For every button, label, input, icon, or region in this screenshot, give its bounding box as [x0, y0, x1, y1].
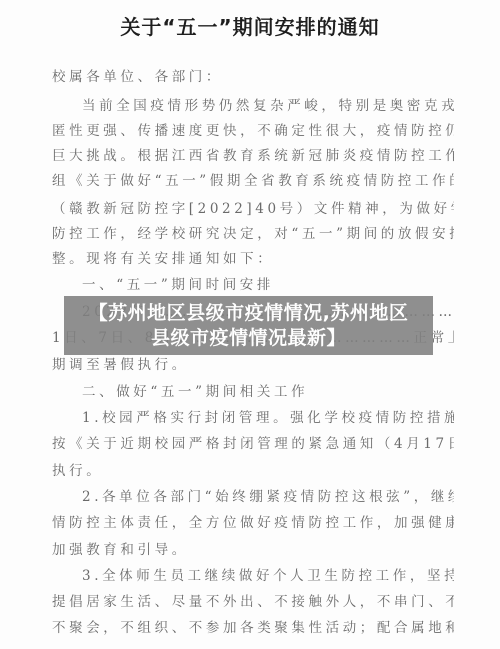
document-line: 巨大挑战。根据江西省教育系统新冠肺炎疫情防控工作领导小	[52, 147, 454, 165]
headline-overlay-banner: 【苏州地区县级市疫情情况,苏州地区 县级市疫情情况最新】	[64, 296, 433, 355]
document-line: 加强教育和引导。	[52, 541, 454, 559]
document-title: 关于“五一”期间安排的通知	[0, 11, 500, 40]
document-line: 匿性更强、传播速度更快，不确定性很大，疫情防控仍然面临	[52, 122, 454, 140]
document-line: 防控工作，经学校研究决定，对“五一”期间的放假安排做调	[52, 225, 454, 243]
document-line: 3.全体师生员工继续做好个人卫生防控工作，坚持戴口罩，	[82, 567, 454, 585]
document-line: 期调至暑假执行。	[52, 356, 454, 374]
document-line: 整。现将有关安排通知如下：	[52, 250, 454, 268]
document-line: 不聚会，不组织、不参加各类聚集性活动；配合属地和学校要	[52, 619, 454, 637]
document-line: 当前全国疫情形势仍然复杂严峻，特别是奥密克戎病毒隐	[82, 97, 454, 115]
document-line: 情防控主体责任，全方位做好疫情防控工作，加强健康监测，	[52, 514, 454, 532]
document-line: 组《关于做好“五一”假期全省教育系统疫情防控工作的通知》	[52, 172, 454, 190]
document-line: 二、做好“五一”期间相关工作	[82, 383, 454, 401]
document-line: 提倡居家生活、尽量不外出、不接触外人，不串门、不聚餐、	[52, 593, 454, 611]
document-line: 执行。	[52, 462, 454, 480]
banner-line-1: 【苏州地区县级市疫情情况,苏州地区	[89, 301, 409, 326]
document-line: 2.各单位各部门“始终绷紧疫情防控这根弦”，继续压实疫	[82, 488, 454, 506]
document-line: 1.校园严格实行封闭管理。强化学校疫情防控措施，继续	[82, 409, 454, 427]
document-line: 按《关于近期校园严格封闭管理的紧急通知（4月17日发布）》	[52, 435, 454, 453]
document-line: （赣教新冠防控字[2022]40号）文件精神，为做好学校的疫情	[52, 200, 454, 218]
document-line: 校属各单位、各部门：	[52, 68, 454, 86]
document-line: 一、“五一”期间时间安排	[82, 276, 454, 294]
banner-line-2: 县级市疫情情况最新】	[151, 326, 346, 351]
